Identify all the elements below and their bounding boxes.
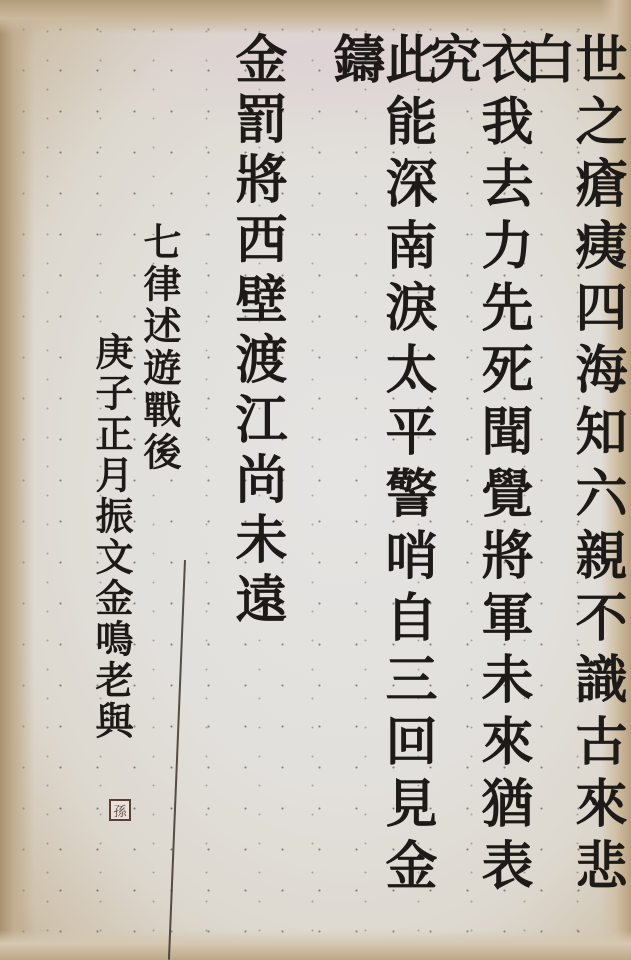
calligraphy-sheet: 世之瘡痍四海知六親不識古來悲白 衣我去力先死聞覺將軍未來猶表究 此能深南淚太平警… bbox=[0, 0, 631, 960]
poem-column-2: 衣我去力先死聞覺將軍未來猶表究 bbox=[424, 32, 528, 960]
inscription-title: 七律述遊戰後 bbox=[140, 222, 178, 474]
aged-edge-left bbox=[0, 0, 34, 960]
artist-seal-stamp: 孫 bbox=[109, 799, 131, 821]
poem-column-3: 此能深南淚太平警哨自三回見金鑄 bbox=[328, 32, 432, 960]
poem-column-1: 世之瘡痍四海知六親不識古來悲白 bbox=[518, 32, 622, 960]
inscription-signature: 庚子正月振文金鳴老與 bbox=[92, 332, 130, 742]
poem-column-4: 金罰將西壁渡江尚未遠 bbox=[230, 32, 282, 632]
aged-edge-top bbox=[0, 0, 631, 34]
